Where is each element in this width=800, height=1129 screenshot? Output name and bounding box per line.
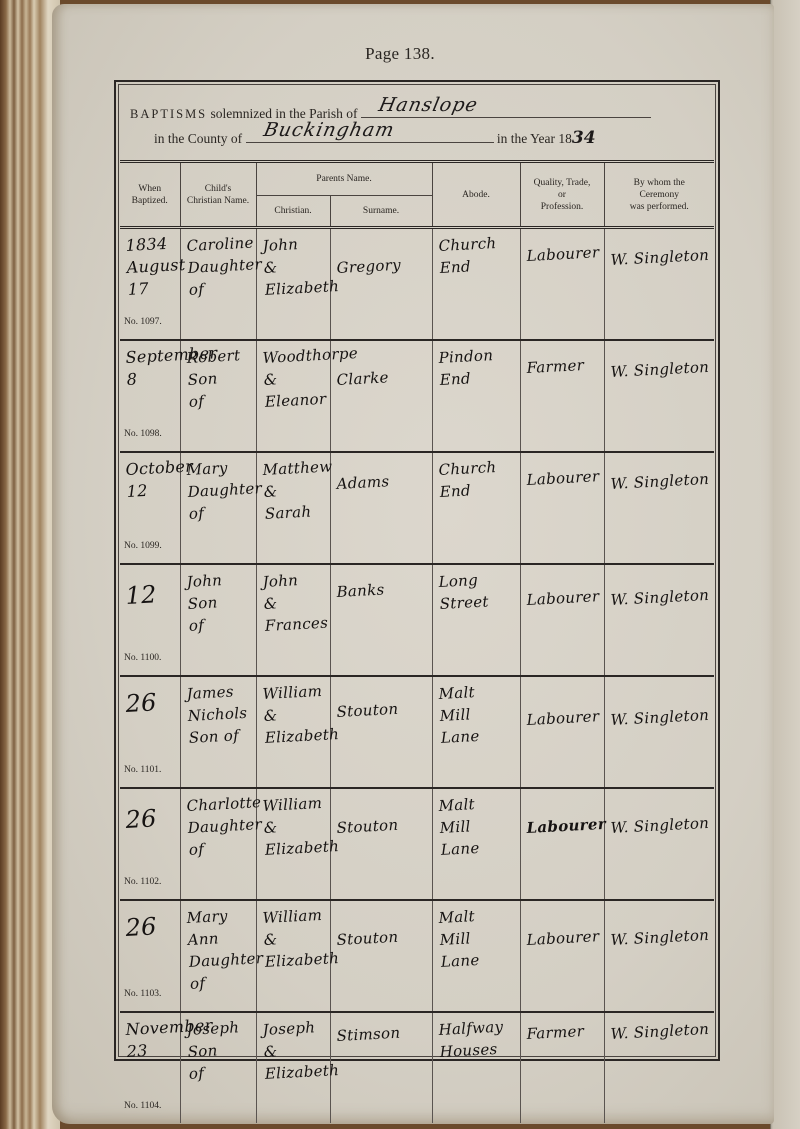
facing-page-edge (770, 0, 800, 1129)
abode-cell: Halfway Houses (432, 1012, 520, 1123)
table-row: 1834 August 17No. 1097. Caroline Daughte… (120, 228, 714, 341)
parents-christian-cell: William & Elizabeth (256, 788, 330, 900)
book-spine-leaves (0, 0, 60, 1129)
county-label: in the County of (154, 131, 246, 146)
baptism-register-table: When Baptized. Child's Christian Name. P… (120, 160, 714, 1123)
surname-cell: Gregory (330, 228, 432, 341)
quality-cell: Labourer (520, 676, 604, 788)
quality-cell: Labourer (520, 788, 604, 900)
entry-number: No. 1099. (124, 535, 162, 557)
date-cell: November 23No. 1104. (120, 1012, 180, 1123)
parents-christian-cell: Matthew & Sarah (256, 452, 330, 564)
entry-number: No. 1102. (124, 871, 161, 893)
entry-number: No. 1104. (124, 1095, 161, 1117)
table-row: 12No. 1100. John Son of John & Frances B… (120, 564, 714, 676)
abode-cell: Church End (432, 228, 520, 341)
quality-cell: Farmer (520, 340, 604, 452)
date-cell: 1834 August 17No. 1097. (120, 228, 180, 341)
quality-cell: Labourer (520, 452, 604, 564)
parents-christian-cell: William & Elizabeth (256, 676, 330, 788)
abode-cell: Long Street (432, 564, 520, 676)
table-row: October 12No. 1099. Mary Daughter of Mat… (120, 452, 714, 564)
entry-number: No. 1103. (124, 983, 161, 1005)
surname-cell: Stouton (330, 900, 432, 1012)
col-header-parents-christian: Christian. (256, 196, 330, 228)
county-field: Buckingham (246, 142, 494, 143)
child-name-cell: Robert Son of (180, 340, 256, 452)
table-row: September 8No. 1098. Robert Son of Woodt… (120, 340, 714, 452)
abode-cell: Malt Mill Lane (432, 900, 520, 1012)
register-title: BAPTISMS solemnized in the Parish of Han… (120, 88, 714, 158)
baptisms-heading: BAPTISMS (130, 107, 207, 121)
officiant-cell: W. Singleton (604, 900, 714, 1012)
page-number: Page 138. (0, 44, 800, 64)
child-name-cell: James Nichols Son of (180, 676, 256, 788)
quality-cell: Labourer (520, 228, 604, 341)
abode-cell: Malt Mill Lane (432, 676, 520, 788)
col-header-when: When Baptized. (120, 162, 180, 228)
date-cell: September 8No. 1098. (120, 340, 180, 452)
surname-cell: Clarke (330, 340, 432, 452)
table-row: November 23No. 1104. Joseph Son of Josep… (120, 1012, 714, 1123)
officiant-cell: W. Singleton (604, 788, 714, 900)
col-header-parents-surname: Surname. (330, 196, 432, 228)
quality-cell: Labourer (520, 900, 604, 1012)
parents-christian-cell: John & Frances (256, 564, 330, 676)
table-row: 26No. 1102. Charlotte Daughter of Willia… (120, 788, 714, 900)
officiant-cell: W. Singleton (604, 340, 714, 452)
table-row: 26No. 1101. James Nichols Son of William… (120, 676, 714, 788)
col-header-quality: Quality, Trade, or Profession. (520, 162, 604, 228)
entry-number: No. 1100. (124, 647, 161, 669)
parents-christian-cell: Joseph & Elizabeth (256, 1012, 330, 1123)
child-name-cell: Mary Daughter of (180, 452, 256, 564)
entry-number: No. 1098. (124, 423, 162, 445)
child-name-cell: Charlotte Daughter of (180, 788, 256, 900)
date-cell: 26No. 1102. (120, 788, 180, 900)
child-name-cell: Mary Ann Daughter of (180, 900, 256, 1012)
parents-christian-cell: William & Elizabeth (256, 900, 330, 1012)
abode-cell: Pindon End (432, 340, 520, 452)
officiant-cell: W. Singleton (604, 676, 714, 788)
col-header-by-whom: By whom the Ceremony was performed. (604, 162, 714, 228)
col-header-parents: Parents Name. (256, 162, 432, 196)
abode-cell: Malt Mill Lane (432, 788, 520, 900)
county-value: Buckingham (261, 119, 396, 141)
child-name-cell: Joseph Son of (180, 1012, 256, 1123)
quality-cell: Farmer (520, 1012, 604, 1123)
date-cell: 12No. 1100. (120, 564, 180, 676)
title-line-2: in the County of Buckingham in the Year … (154, 128, 596, 148)
officiant-cell: W. Singleton (604, 1012, 714, 1123)
date-cell: 26No. 1103. (120, 900, 180, 1012)
surname-cell: Stimson (330, 1012, 432, 1123)
entry-number: No. 1097. (124, 311, 162, 333)
parents-christian-cell: Woodthorpe & Eleanor (256, 340, 330, 452)
child-name-cell: John Son of (180, 564, 256, 676)
date-cell: October 12No. 1099. (120, 452, 180, 564)
surname-cell: Stouton (330, 788, 432, 900)
child-name-cell: Caroline Daughter of (180, 228, 256, 341)
surname-cell: Adams (330, 452, 432, 564)
date-cell: 26No. 1101. (120, 676, 180, 788)
quality-cell: Labourer (520, 564, 604, 676)
col-header-abode: Abode. (432, 162, 520, 228)
year-label: in the Year 18 (494, 131, 572, 146)
col-header-child: Child's Christian Name. (180, 162, 256, 228)
parents-christian-cell: John & Elizabeth (256, 228, 330, 341)
entry-number: No. 1101. (124, 759, 161, 781)
year-value: 34 (572, 128, 596, 148)
abode-cell: Church End (432, 452, 520, 564)
officiant-cell: W. Singleton (604, 564, 714, 676)
parish-field: Hanslope (361, 117, 651, 118)
officiant-cell: W. Singleton (604, 228, 714, 341)
table-row: 26No. 1103. Mary Ann Daughter of William… (120, 900, 714, 1012)
officiant-cell: W. Singleton (604, 452, 714, 564)
surname-cell: Stouton (330, 676, 432, 788)
surname-cell: Banks (330, 564, 432, 676)
parish-value: Hanslope (377, 94, 480, 116)
